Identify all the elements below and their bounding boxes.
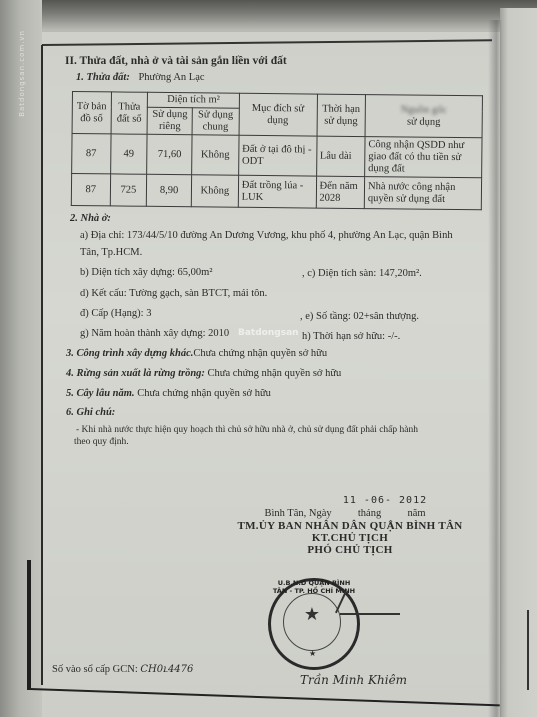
certificate-content: II. Thửa đất, nhà ở và tài sản gắn liền … — [0, 0, 537, 717]
col-map-sheet: Tờ bản đồ số — [72, 92, 111, 135]
cell-area-private: 71,60 — [147, 134, 192, 174]
table-row: 87 725 8,90 Không Đất trồng lúa - LUK Đế… — [71, 174, 481, 210]
signature-line — [340, 613, 400, 615]
origin-header-suffix: sử dụng — [369, 116, 479, 129]
signature-block: 11 -06- 2012 Bình Tân, Ngày tháng năm TM… — [200, 495, 500, 556]
issuing-authority: TM.ỦY BAN NHÂN DÂN QUẬN BÌNH TÂN — [200, 520, 500, 532]
cell-origin: Nhà nước công nhận quyền sử dụng đất — [364, 177, 481, 210]
cell-map-sheet: 87 — [71, 174, 110, 206]
house-build-area: b) Diện tích xây dựng: 65,00m² — [80, 267, 213, 278]
perennial-value: Chưa chứng nhận quyền sở hữu — [137, 388, 271, 399]
signer-name: Trần Minh Khiêm — [300, 673, 407, 687]
cell-map-sheet: 87 — [72, 134, 111, 174]
cell-parcel: 725 — [110, 174, 147, 206]
section-ii-title: II. Thửa đất, nhà ở và tài sản gắn liền … — [65, 55, 287, 67]
registry-line: Số vào sổ cấp GCN: CH0ւ4476 — [52, 664, 193, 675]
house-structure: d) Kết cấu: Tường gạch, sàn BTCT, mái tô… — [80, 288, 267, 299]
house-grade: đ) Cấp (Hạng): 3 — [80, 308, 151, 319]
center-watermark: Batdongsan — [238, 328, 299, 338]
perennial-line: 5. Cây lâu năm. Chưa chứng nhận quyền sở… — [66, 388, 271, 399]
house-address-line2: Tân, Tp.HCM. — [80, 247, 142, 258]
other-works-label: 3. Công trình xây dựng khác. — [66, 348, 193, 359]
land-label: 1. Thửa đất: — [76, 72, 130, 83]
col-parcel: Thửa đất số — [111, 92, 148, 135]
forest-line: 4. Rừng sản xuất là rừng trồng: Chưa chứ… — [66, 368, 341, 379]
forest-label: 4. Rừng sản xuất là rừng trồng: — [66, 368, 205, 379]
seal-emblem: ★ — [283, 593, 341, 651]
land-ward: Phường An Lạc — [138, 72, 204, 83]
col-origin: Nguồn gốc sử dụng — [365, 95, 482, 138]
cell-purpose: Đất ở tại đô thị - ODT — [238, 135, 316, 176]
perennial-label: 5. Cây lâu năm. — [66, 388, 135, 399]
cell-origin: Công nhận QSDD như giao đất có thu tiền … — [365, 137, 482, 178]
house-label: 2. Nhà ở: — [70, 213, 111, 224]
house-floor-area: , c) Diện tích sàn: 147,20m². — [302, 268, 422, 279]
notes-line1: - Khi nhà nước thực hiện quy hoạch thì c… — [76, 425, 418, 435]
col-area-group: Diện tích m² — [148, 92, 240, 108]
origin-header-obscured: Nguồn gốc — [369, 104, 479, 117]
cell-term: Đến năm 2028 — [316, 176, 365, 209]
col-term: Thời hạn sử dụng — [317, 94, 366, 137]
signer-role-1: KT.CHỦ TỊCH — [200, 532, 500, 544]
cell-area-shared: Không — [191, 175, 238, 207]
land-parcel-table: Tờ bản đồ số Thửa đất số Diện tích m² Mụ… — [71, 91, 483, 210]
registry-label: Số vào sổ cấp GCN: — [52, 664, 138, 675]
cell-area-shared: Không — [192, 135, 239, 175]
forest-value: Chưa chứng nhận quyền sở hữu — [208, 368, 342, 379]
place-date-line: Bình Tân, Ngày tháng năm — [190, 508, 500, 519]
other-works-value: Chưa chứng nhận quyền sở hữu — [193, 348, 327, 359]
land-line: 1. Thửa đất: Phường An Lạc — [76, 72, 205, 83]
house-year-completed: g) Năm hoàn thành xây dựng: 2010 — [80, 328, 229, 339]
notes-line2: theo quy định. — [74, 437, 129, 447]
house-address-line1: a) Địa chỉ: 173/44/5/10 đường An Dương V… — [80, 230, 453, 241]
registry-number: CH0ւ4476 — [140, 664, 193, 675]
col-area-private: Sử dụng riêng — [147, 107, 192, 135]
cell-parcel: 49 — [110, 134, 147, 174]
cell-term: Lâu dài — [316, 136, 365, 177]
notes-label: 6. Ghi chú: — [66, 407, 115, 418]
cell-area-private: 8,90 — [147, 174, 192, 206]
house-floors: , e) Số tầng: 02+sân thượng. — [300, 311, 419, 322]
table-row: 87 49 71,60 Không Đất ở tại đô thị - ODT… — [72, 134, 482, 178]
other-works-line: 3. Công trình xây dựng khác.Chưa chứng n… — [66, 348, 327, 359]
house-ownership-term: h) Thời hạn sở hữu: -/-. — [302, 331, 400, 342]
cell-purpose: Đất trồng lúa - LUK — [238, 175, 316, 208]
star-icon: ★ — [284, 604, 340, 625]
date-stamp: 11 -06- 2012 — [270, 495, 500, 506]
signer-role-2: PHÓ CHỦ TỊCH — [200, 544, 500, 556]
col-purpose: Mục đích sử dụng — [239, 93, 317, 136]
col-area-shared: Sử dụng chung — [192, 108, 239, 136]
small-star-icon: ★ — [309, 649, 316, 658]
